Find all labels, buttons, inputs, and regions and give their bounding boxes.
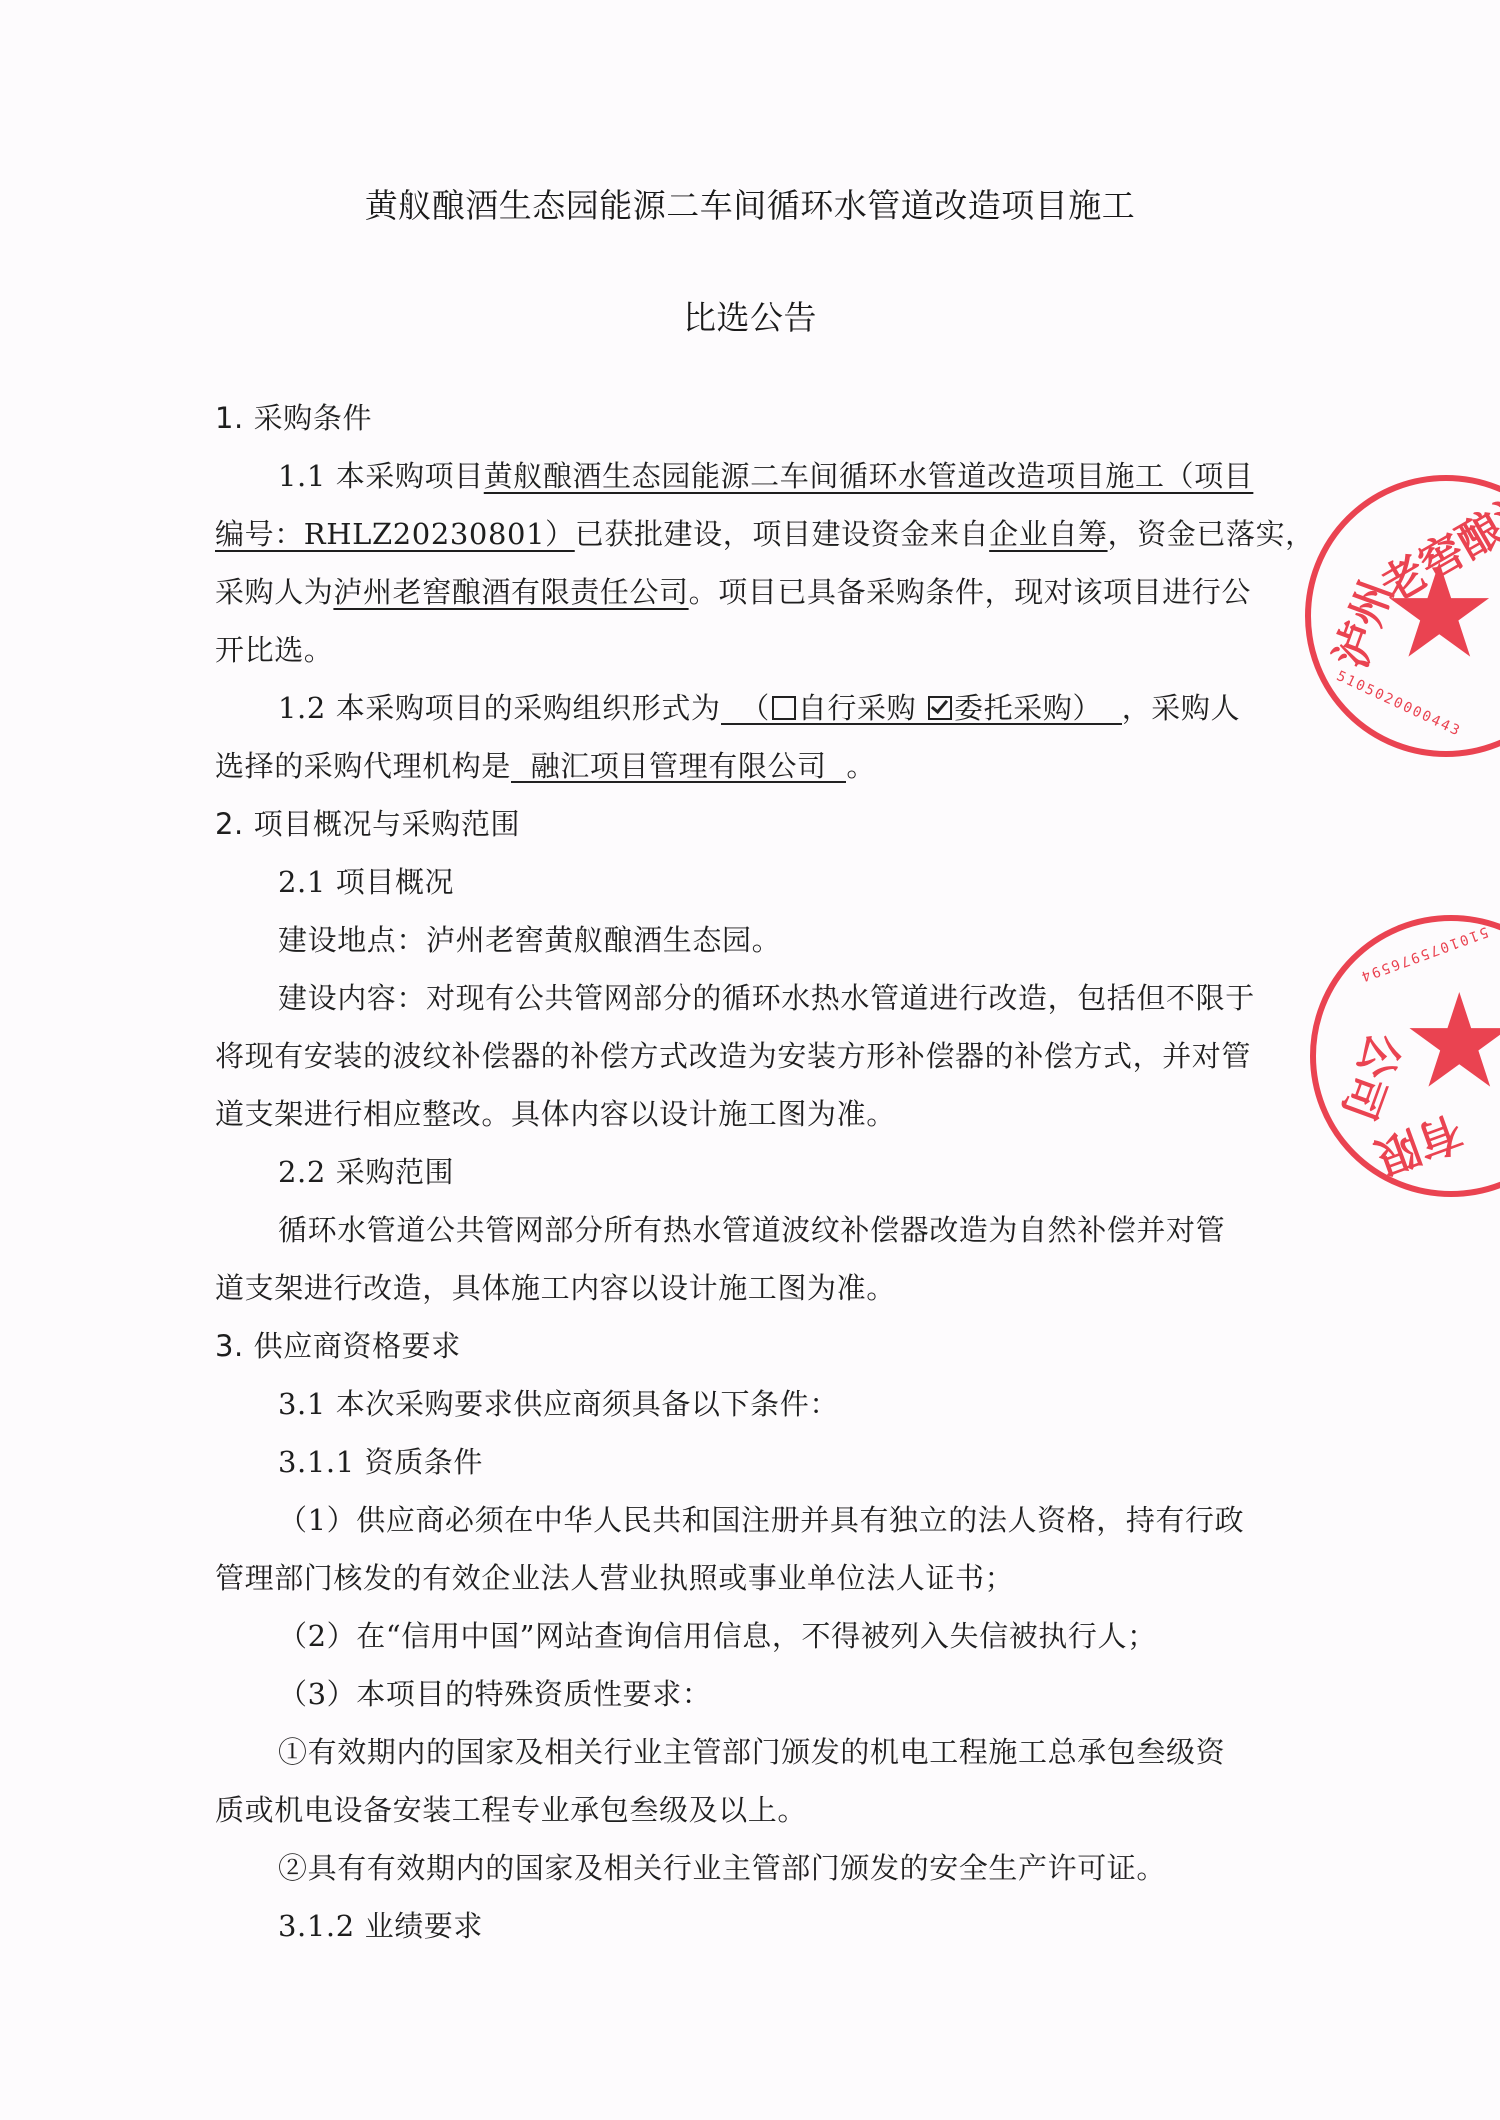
paragraph-1-1-line1: 1.1 本采购项目黄舣酿酒生态园能源二车间循环水管道改造项目施工（项目 [278, 458, 1268, 494]
requirement-1-line1: （1）供应商必须在中华人民共和国注册并具有独立的法人资格，持有行政 [278, 1502, 1268, 1538]
option-self-label: 自行采购 [798, 691, 916, 725]
paragraph-1-2-line1: 1.2 本采购项目的采购组织形式为 （自行采购 委托采购） ，采购人 [278, 690, 1268, 726]
construction-content-line2: 将现有安装的波纹补偿器的补偿方式改造为安装方形补偿器的补偿方式，并对管 [215, 1038, 1270, 1074]
p1-1-text: 。项目已具备采购条件，现对该项目进行公 [689, 575, 1251, 609]
construction-location: 建设地点：泸州老窖黄舣酿酒生态园。 [278, 922, 1268, 958]
option-entrust-label: 委托采购 [954, 691, 1072, 725]
paragraph-1-1-line4: 开比选。 [215, 632, 1270, 668]
section-2-1-heading: 2.1 项目概况 [278, 864, 1268, 900]
requirement-3a-line2: 质或机电设备安装工程专业承包叁级及以上。 [215, 1792, 1270, 1828]
p1-2-text: 选择的采购代理机构是 [215, 749, 511, 783]
checkbox-entrusted-procurement[interactable] [928, 696, 952, 720]
section-2-2-heading: 2.2 采购范围 [278, 1154, 1268, 1190]
paragraph-1-1-line2: 编号：RHLZ20230801）已获批建设，项目建设资金来自企业自筹，资金已落实… [215, 516, 1270, 552]
fund-source: 企业自筹 [989, 517, 1107, 551]
document-subtitle: 比选公告 [0, 292, 1500, 339]
p1-1-text: 已获批建设，项目建设资金来自 [575, 517, 989, 551]
requirement-2: （2）在“信用中国”网站查询信用信息，不得被列入失信被执行人； [278, 1618, 1268, 1654]
star-icon: ★ [1401, 976, 1500, 1106]
document-page: 黄舣酿酒生态园能源二车间循环水管道改造项目施工 比选公告 1. 采购条件 1.1… [0, 0, 1500, 2120]
p1-2-text: ，采购人 [1122, 691, 1240, 725]
project-name: 黄舣酿酒生态园能源二车间循环水管道改造项目施工（项目 [484, 459, 1254, 493]
buyer-name: 泸州老窖酿酒有限责任公司 [333, 575, 688, 609]
company-seal-ronghui: 5101075976594 ★ 公司 有限 [1310, 915, 1500, 1197]
section-2-heading: 2. 项目概况与采购范围 [215, 806, 1270, 842]
requirement-3b: ②具有有效期内的国家及相关行业主管部门颁发的安全生产许可证。 [278, 1850, 1268, 1886]
p1-1-text: ，资金已落实， [1108, 517, 1315, 551]
p1-1-prefix: 1.1 本采购项目 [278, 459, 484, 493]
scope-line1: 循环水管道公共管网部分所有热水管道波纹补偿器改造为自然补偿并对管 [278, 1212, 1268, 1248]
paragraph-1-2-line2: 选择的采购代理机构是 融汇项目管理有限公司 。 [215, 748, 1270, 784]
document-title: 黄舣酿酒生态园能源二车间循环水管道改造项目施工 [0, 180, 1500, 227]
paragraph-1-1-line3: 采购人为泸州老窖酿酒有限责任公司。项目已具备采购条件，现对该项目进行公 [215, 574, 1270, 610]
project-code: 编号：RHLZ20230801） [215, 517, 575, 551]
star-icon: ★ [1381, 546, 1498, 676]
requirement-3a-line1: ①有效期内的国家及相关行业主管部门颁发的机电工程施工总承包叁级资 [278, 1734, 1268, 1770]
construction-content-line1: 建设内容：对现有公共管网部分的循环水热水管道进行改造，包括但不限于 [278, 980, 1268, 1016]
requirement-3: （3）本项目的特殊资质性要求： [278, 1676, 1268, 1712]
agent-field: 融汇项目管理有限公司 [511, 751, 846, 783]
requirement-1-line2: 管理部门核发的有效企业法人营业执照或事业单位法人证书； [215, 1560, 1270, 1596]
section-3-heading: 3. 供应商资格要求 [215, 1328, 1270, 1364]
construction-content-line3: 道支架进行相应整改。具体内容以设计施工图为准。 [215, 1096, 1270, 1132]
section-3-1-1-heading: 3.1.1 资质条件 [278, 1444, 1268, 1480]
procurement-form-field: （自行采购 委托采购） [721, 693, 1122, 725]
section-1-heading: 1. 采购条件 [215, 400, 1270, 436]
paren: （ [740, 691, 770, 725]
p1-1-text: 采购人为 [215, 575, 333, 609]
agent-name: 融汇项目管理有限公司 [531, 749, 827, 783]
checkbox-self-procurement[interactable] [772, 696, 796, 720]
section-3-1-2-heading: 3.1.2 业绩要求 [278, 1908, 1268, 1944]
paren: ） [1072, 691, 1102, 725]
section-3-1: 3.1 本次采购要求供应商须具备以下条件： [278, 1386, 1268, 1422]
scope-line2: 道支架进行改造，具体施工内容以设计施工图为准。 [215, 1270, 1270, 1306]
p1-2-text: 1.2 本采购项目的采购组织形式为 [278, 691, 721, 725]
p1-2-text: 。 [846, 749, 876, 783]
company-seal-luzhou-laojiao: 老窖酿酒 泸州 ★ 5105020000443 [1305, 475, 1500, 757]
